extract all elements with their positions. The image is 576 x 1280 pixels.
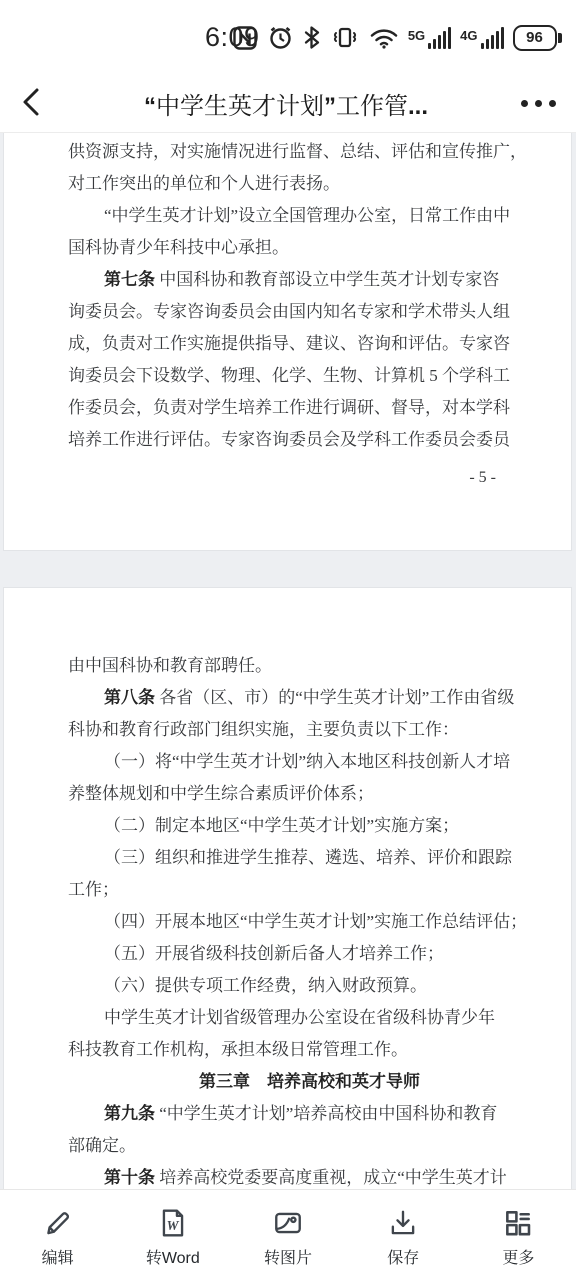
document-line: 部确定。 <box>68 1130 551 1162</box>
back-button[interactable] <box>20 84 60 124</box>
document-line: 第十条 培养高校党委要高度重视，成立“中学生英才计 <box>68 1162 551 1189</box>
title-bar: “中学生英才计划”工作管... <box>0 75 576 133</box>
document-line: 中学生英才计划省级管理办公室设在省级科协青少年 <box>68 1002 551 1034</box>
document-page-6: 由中国科协和教育部聘任。第八条 各省（区、市）的“中学生英才计划”工作由省级科协… <box>3 587 572 1189</box>
signal-4g-icon: 4G <box>460 27 503 49</box>
alarm-icon <box>267 24 294 51</box>
ellipsis-icon <box>521 100 556 107</box>
overflow-menu-button[interactable] <box>512 84 556 124</box>
chevron-left-icon <box>20 85 44 122</box>
document-line: （六）提供专项工作经费，纳入财政预算。 <box>68 970 551 1002</box>
convert-to-image-button[interactable]: 转图片 <box>230 1190 345 1280</box>
grid-more-icon <box>502 1207 534 1239</box>
document-line: 询委员会下设数学、物理、化学、生物、计算机 5 个学科工 <box>68 360 551 392</box>
document-line: 供资源支持，对实施情况进行监督、总结、评估和宣传推广， <box>68 136 551 168</box>
document-line: 对工作突出的单位和个人进行表扬。 <box>68 168 551 200</box>
battery-percent: 96 <box>526 29 543 46</box>
document-line: （一）将“中学生英才计划”纳入本地区科技创新人才培 <box>68 746 551 778</box>
battery-icon: 96 <box>513 25 563 51</box>
download-icon <box>387 1207 419 1239</box>
svg-text:W: W <box>166 1217 179 1232</box>
toolbar-item-label: 转Word <box>146 1245 200 1268</box>
status-bar: 6:09 <box>0 0 576 75</box>
document-line: 养整体规划和中学生综合素质评价体系； <box>68 778 551 810</box>
document-line: 由中国科协和教育部聘任。 <box>68 650 551 682</box>
wifi-icon <box>369 25 399 51</box>
page-number: - 5 - <box>68 462 551 494</box>
toolbar-item-label: 编辑 <box>42 1245 74 1268</box>
document-line: （二）制定本地区“中学生英才计划”实施方案； <box>68 810 551 842</box>
document-line: 第八条 各省（区、市）的“中学生英才计划”工作由省级 <box>68 682 551 714</box>
vibrate-icon <box>330 24 360 51</box>
more-button[interactable]: 更多 <box>461 1190 576 1280</box>
document-page-5: 供资源支持，对实施情况进行监督、总结、评估和宣传推广，对工作突出的单位和个人进行… <box>3 133 572 551</box>
document-line: （四）开展本地区“中学生英才计划”实施工作总结评估； <box>68 906 551 938</box>
document-line: 第七条 中国科协和教育部设立中学生英才计划专家咨 <box>68 264 551 296</box>
signal-5g-icon: 5G <box>408 27 451 49</box>
document-line: 成，负责对工作实施提供指导、建议、咨询和评估。专家咨 <box>68 328 551 360</box>
bluetooth-icon <box>303 24 321 51</box>
document-line: 询委员会。专家咨询委员会由国内知名专家和学术带头人组 <box>68 296 551 328</box>
document-line: 第九条 “中学生英才计划”培养高校由中国科协和教育 <box>68 1098 551 1130</box>
document-line: 国科协青少年科技中心承担。 <box>68 232 551 264</box>
status-icons: 5G 4G 96 <box>232 24 562 51</box>
document-line: “中学生英才计划”设立全国管理办公室，日常工作由中 <box>68 200 551 232</box>
image-icon <box>272 1207 304 1239</box>
document-line: 第三章 培养高校和英才导师 <box>68 1066 551 1098</box>
document-line: 科协和教育行政部门组织实施，主要负责以下工作： <box>68 714 551 746</box>
document-line: 科技教育工作机构，承担本级日常管理工作。 <box>68 1034 551 1066</box>
document-scroll-area[interactable]: 供资源支持，对实施情况进行监督、总结、评估和宣传推广，对工作突出的单位和个人进行… <box>0 133 576 1189</box>
bottom-toolbar: 编辑 W 转Word 转图片 <box>0 1189 576 1280</box>
page-gap <box>0 551 576 587</box>
document-line: （五）开展省级科技创新后备人才培养工作； <box>68 938 551 970</box>
app-screen: 6:09 <box>0 0 576 1280</box>
convert-to-word-button[interactable]: W 转Word <box>115 1190 230 1280</box>
document-line: （三）组织和推进学生推荐、遴选、培养、评价和跟踪 <box>68 842 551 874</box>
edit-button[interactable]: 编辑 <box>0 1190 115 1280</box>
document-line: 培养工作进行评估。专家咨询委员会及学科工作委员会委员 <box>68 424 551 456</box>
document-line: 作委员会，负责对学生培养工作进行调研、督导，对本学科 <box>68 392 551 424</box>
document-line: 工作； <box>68 874 551 906</box>
toolbar-item-label: 转图片 <box>264 1245 312 1268</box>
toolbar-item-label: 更多 <box>502 1245 534 1268</box>
toolbar-item-label: 保存 <box>387 1245 419 1268</box>
clock-time: 6:09 <box>205 22 260 53</box>
save-button[interactable]: 保存 <box>346 1190 461 1280</box>
document-title: “中学生英才计划”工作管... <box>60 86 512 121</box>
word-doc-icon: W <box>157 1207 189 1239</box>
pencil-icon <box>42 1207 74 1239</box>
